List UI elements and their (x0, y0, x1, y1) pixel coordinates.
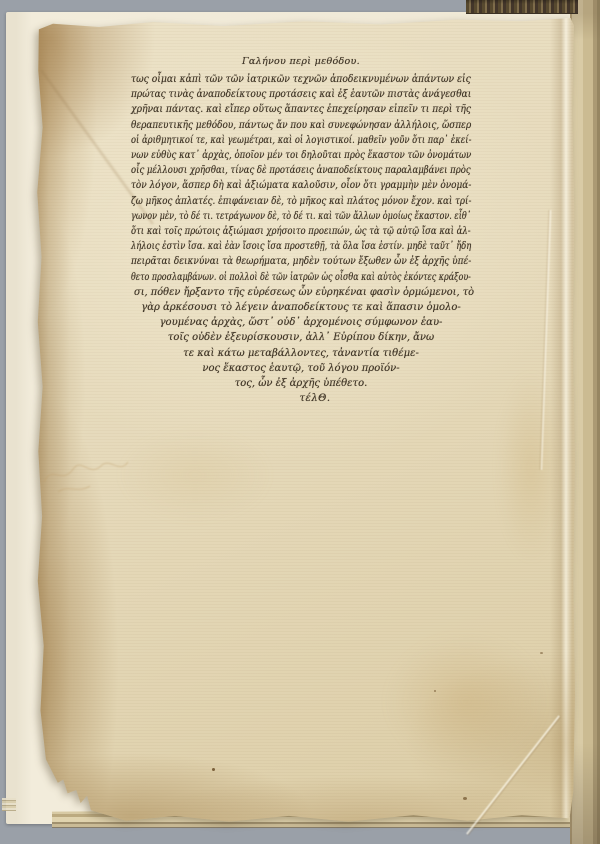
text-line: θετο προσλαμβάνων. οἱ πολλοὶ δὲ τῶν ἰατρ… (131, 270, 471, 285)
chapter-heading: Γαλήνου περὶ μεθόδου. (131, 56, 471, 68)
text-line: σι, πόθεν ἤρξαντο τῆς εὑρέσεως ὧν εὑρηκέ… (131, 285, 471, 300)
text-line: τε καὶ κάτω μεταβάλλοντες, τἀναντία τιθέ… (131, 346, 471, 361)
ink-speck (212, 768, 215, 771)
text-line: οἱ ἀριθμητικοί τε, καὶ γεωμέτραι, καὶ οἱ… (131, 133, 471, 148)
text-line: τως οἶμαι κἀπὶ τῶν τῶν ἰατρικῶν τεχνῶν ἀ… (131, 72, 471, 87)
greek-text-block: Γαλήνου περὶ μεθόδου. τως οἶμαι κἀπὶ τῶν… (131, 56, 471, 406)
text-line: γουμένας ἀρχὰς, ὥστ᾽ οὐδ᾽ ἀρχομένοις σύμ… (131, 315, 471, 330)
text-line: ζω μῆκος ἀπλατές. ἐπιφάνειαν δὲ, τὸ μῆκο… (131, 194, 471, 209)
text-line: οἷς μέλλουσι χρῆσθαι, τίνας δὲ προτάσεις… (131, 163, 471, 178)
ink-speck (540, 652, 543, 654)
text-line: γὰρ ἀρκέσουσι τὸ λέγειν ἀναποδείκτους τε… (131, 300, 471, 315)
text-line: λήλοις ἐστὶν ἴσα. καὶ ἐὰν ἴσοις ἴσα προσ… (131, 239, 471, 254)
text-line: πειρᾶται δεικνύναι τὰ θεωρήματα, μηδὲν τ… (131, 254, 471, 269)
headband (466, 0, 578, 14)
text-line: θεραπευτικῆς μεθόδου, πάντως ἄν που καὶ … (131, 118, 471, 133)
text-line: γωνον μὲν, τὸ δέ τι. τετράγωνον δὲ, τὸ δ… (131, 209, 471, 224)
text-line: τος, ὧν ἐξ ἀρχῆς ὑπέθετο. (131, 376, 471, 391)
colophon-telos: τέλΘ. (131, 391, 471, 406)
page-stack-corner (2, 798, 16, 811)
text-line: νος ἕκαστος ἑαυτῷ, τοῦ λόγου προϊόν- (131, 361, 471, 376)
book-photograph: Γαλήνου περὶ μεθόδου. τως οἶμαι κἀπὶ τῶν… (0, 0, 600, 844)
faint-handwriting-ghost (38, 452, 142, 500)
text-line: χρῆναι πάντας. καὶ εἴπερ οὕτως ἅπαντες ἐ… (131, 102, 471, 117)
text-line: τοῖς οὐδὲν ἐξευρίσκουσιν, ἀλλ᾽ Εὐρίπου δ… (131, 330, 471, 345)
text-line: νων εὐθὺς κατ᾽ ἀρχὰς, ὁποῖον μέν τοι δηλ… (131, 148, 471, 163)
text-line: πρώτας τινὰς ἀναποδείκτους προτάσεις καὶ… (131, 87, 471, 102)
text-line: ὅτι καὶ τοῖς πρώτοις ἀξιώμασι χρήσοιτο π… (131, 224, 471, 239)
ink-speck (434, 690, 436, 692)
ink-speck (463, 797, 467, 800)
text-block-lines: τως οἶμαι κἀπὶ τῶν τῶν ἰατρικῶν τεχνῶν ἀ… (131, 72, 471, 391)
text-line: τὸν λόγον, ἅσπερ δὴ καὶ ἀξιώματα καλοῦσι… (131, 178, 471, 193)
